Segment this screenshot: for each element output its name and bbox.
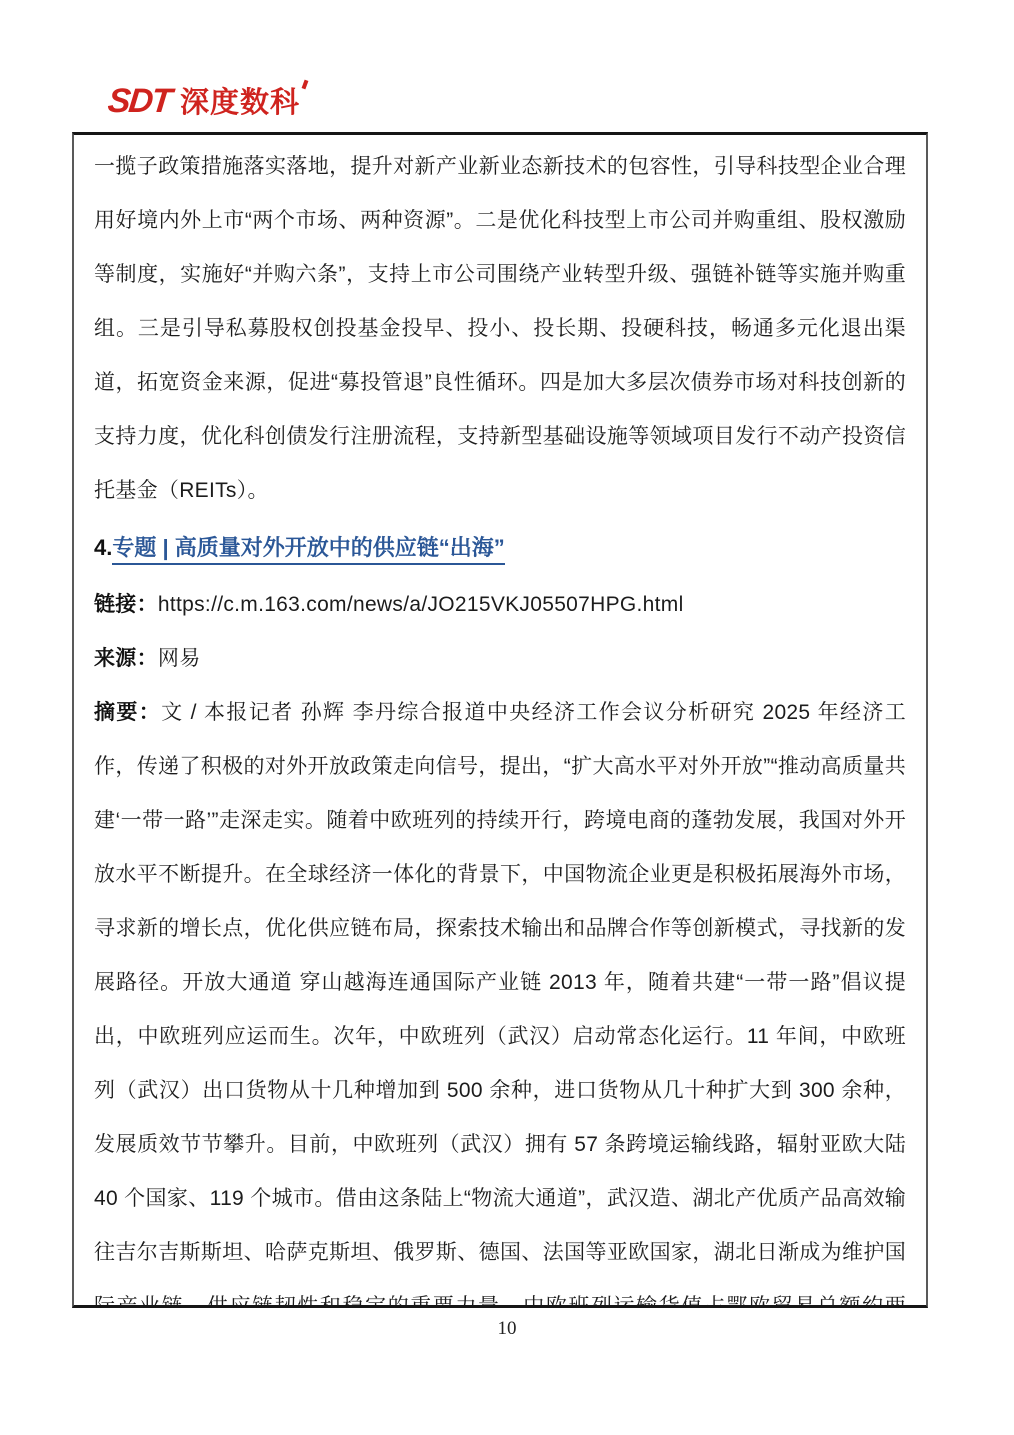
source-value: 网易 (158, 647, 201, 670)
body-paragraph: 一揽子政策措施落实落地，提升对新产业新业态新技术的包容性，引导科技型企业合理用好… (94, 140, 906, 518)
logo-chinese-text: 深度数科 (180, 80, 300, 121)
logo-sdt-text: SDT (106, 82, 172, 121)
trademark-mark-icon (302, 80, 309, 90)
link-url[interactable]: https://c.m.163.com/news/a/JO215VKJ05507… (158, 593, 684, 616)
section-title-link[interactable]: 专题 | 高质量对外开放中的供应链“出海” (112, 535, 504, 565)
source-row: 来源：网易 (94, 632, 906, 686)
page-number: 10 (0, 1318, 1014, 1340)
link-label: 链接： (94, 593, 158, 616)
summary-paragraph: 摘要：文 / 本报记者 孙辉 李丹综合报道中央经济工作会议分析研究 2025 年… (94, 686, 906, 1308)
document-page: SDT 深度数科 一揽子政策措施落实落地，提升对新产业新业态新技术的包容性，引导… (0, 0, 1014, 1435)
content-box: 一揽子政策措施落实落地，提升对新产业新业态新技术的包容性，引导科技型企业合理用好… (72, 132, 928, 1308)
brand-logo: SDT 深度数科 (108, 80, 307, 121)
link-row: 链接：https://c.m.163.com/news/a/JO215VKJ05… (94, 578, 906, 632)
source-label: 来源： (94, 647, 158, 670)
summary-text: 文 / 本报记者 孙辉 李丹综合报道中央经济工作会议分析研究 2025 年经济工… (94, 701, 906, 1308)
section-heading: 4.专题 | 高质量对外开放中的供应链“出海” (94, 520, 906, 576)
summary-label: 摘要： (94, 701, 161, 724)
section-number: 4. (94, 535, 112, 560)
